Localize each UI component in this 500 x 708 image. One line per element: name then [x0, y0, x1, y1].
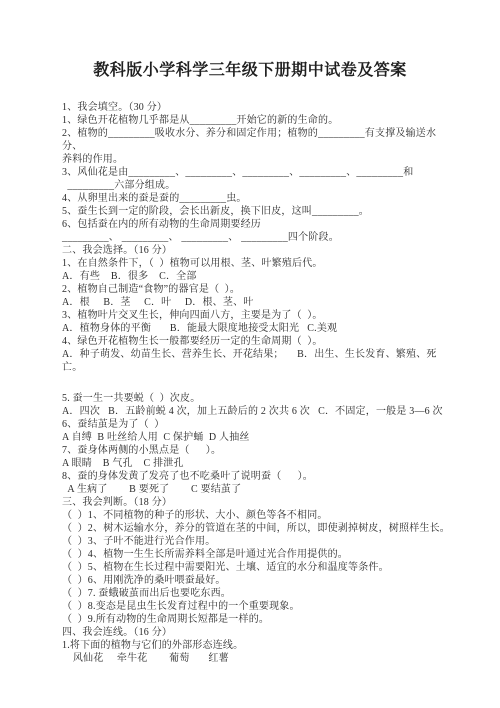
text-line: 四、我会连线。（16 分） [62, 626, 452, 639]
text-line: A 眼睛 B 气孔 C 排泄孔 [62, 457, 452, 470]
text-line: 1、在自然条件下，（ ）植物可以用根、茎、叶繁殖后代。 [62, 257, 452, 270]
text-line: A．四次 B．五龄前蜕 4 次，加上五龄后的 2 次共 6 次 C．不固定，一般… [62, 405, 452, 418]
document-title: 教科版小学科学三年级下册期中试卷及答案 [0, 0, 500, 82]
text-line: 1.将下面的植物与它们的外部形态连线。 [62, 639, 452, 652]
text-line: （ ）9.所有动物的生命周期长短都是一样的。 [62, 613, 452, 626]
text-line: 4、绿色开花植物生长一般都要经历一定的生命周期（ ）。 [62, 335, 452, 348]
text-line: 养料的作用。 [62, 153, 452, 166]
text-line: 6、包括蚕在内的所有动物的生命周期要经历 [62, 218, 452, 231]
text-line: （ ）5、植物在生长过程中需要阳光、土壤、适宜的水分和温度等条件。 [62, 561, 452, 574]
text-line: 2、植物自己制造“食物”的器官是（ ）。 [62, 283, 452, 296]
text-line: A．种子萌发、幼苗生长、营养生长、开花结果； B．出生、生长发育、繁殖、死亡。 [62, 348, 452, 374]
text-line: 三、我会判断。（18 分） [62, 496, 452, 509]
text-line: 风仙花 牵牛花 葡萄 红薯 [62, 652, 452, 665]
exam-paper-page: 教科版小学科学三年级下册期中试卷及答案 1、我会填空。（30 分）1、绿色开花植… [0, 0, 500, 708]
text-line: A 自缚 B 吐丝给人用 C 保护蛹 D 人抽丝 [62, 431, 452, 444]
text-line: _________、 _________、 _________、 _______… [62, 231, 452, 244]
text-line: （ ）7. 蚕蛾破茧而出后也要吃东西。 [62, 587, 452, 600]
text-line: 1、绿色开花植物几乎都是从_________开始它的新的生命的。 [62, 114, 452, 127]
text-line: 7、蚕身体两侧的小黑点是（ ）。 [62, 444, 452, 457]
text-line: 6、蚕结茧是为了（ ） [62, 418, 452, 431]
text-line: （ ）3、子叶不能进行光合作用。 [62, 535, 452, 548]
text-line: 4、从卵里出来的蚕是蚕的_________虫。 [62, 192, 452, 205]
text-line: A．有些 B．很多 C．全部 [62, 270, 452, 283]
text-line: （ ）4、植物一生生长所需养料全部是叶通过光合作用提供的。 [62, 548, 452, 561]
text-line: A．植物身体的平衡 B．能最大限度地接受太阳光 C.美观 [62, 322, 452, 335]
document-body: 1、我会填空。（30 分）1、绿色开花植物几乎都是从_________开始它的新… [0, 101, 500, 665]
text-line: A 生病了 B 要死了 C 要结茧了 [62, 483, 452, 496]
text-line: 8、蚕的身体发黄了发亮了也不吃桑叶了说明蚕（ ）。 [62, 470, 452, 483]
text-line [62, 374, 452, 392]
text-line: 3、植物叶片交叉生长，伸向四面八方，主要是为了（ ）。 [62, 309, 452, 322]
text-line: （ ）1、不同植物的种子的形状、大小、颜色等各不相同。 [62, 509, 452, 522]
text-line: A．根 B．茎 C．叶 D．根、茎、叶 [62, 296, 452, 309]
text-line: （ ）6、用刚洗净的桑叶喂蚕最好。 [62, 574, 452, 587]
text-line: （ ）2、树木运输水分，养分的管道在茎的中间，所以，即使剥掉树皮，树照样生长。 [62, 522, 452, 535]
text-line: 2、植物的_________吸收水分、养分和固定作用；植物的_________有… [62, 127, 452, 153]
text-line: _________六部分组成。 [62, 179, 452, 192]
text-line: 5、蚕生长到一定的阶段，会长出新皮，换下旧皮，这叫_________。 [62, 205, 452, 218]
text-line: 二、我会选择。（16 分） [62, 244, 452, 257]
text-line: 3、风仙花是由_________、_________、_________、___… [62, 166, 452, 179]
text-line: 1、我会填空。（30 分） [62, 101, 452, 114]
text-line: 5. 蚕一生一共要蜕（ ）次皮。 [62, 392, 452, 405]
text-line: （ ）8.变态是昆虫生长发育过程中的一个重要现象。 [62, 600, 452, 613]
